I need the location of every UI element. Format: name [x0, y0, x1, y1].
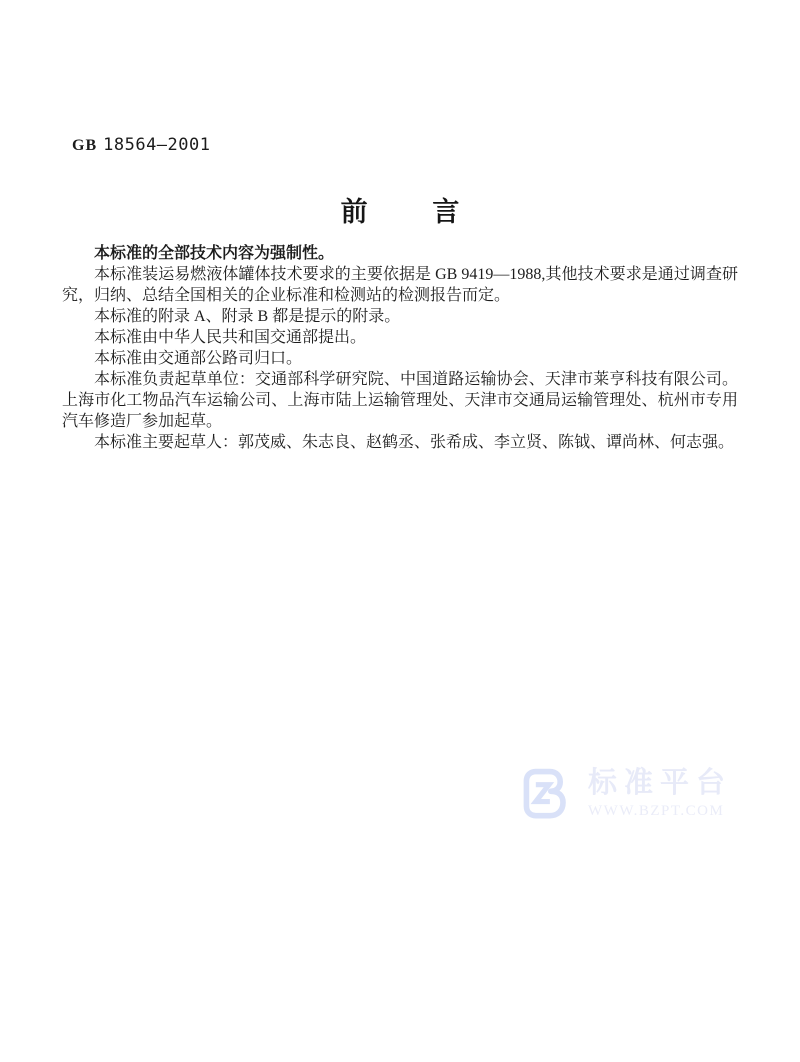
document-page: GB18564—2001 前言 本标准的全部技术内容为强制性。本标准装运易燃液体…: [0, 0, 800, 1062]
watermark-url: WWW.BZPT.COM: [588, 803, 732, 820]
paragraph: 本标准的全部技术内容为强制性。: [62, 243, 738, 264]
paragraph: 本标准装运易燃液体罐体技术要求的主要依据是 GB 9419—1988,其他技术要…: [62, 264, 738, 306]
standard-number: GB18564—2001: [72, 135, 210, 156]
standard-prefix: GB: [72, 137, 97, 154]
paragraph: 本标准主要起草人：郭茂威、朱志良、赵鹤丞、张希成、李立贤、陈钺、谭尚林、何志强。: [62, 432, 738, 453]
standard-code: 18564—2001: [103, 135, 210, 155]
paragraph: 本标准由中华人民共和国交通部提出。: [62, 327, 738, 348]
page-title: 前言: [0, 190, 800, 229]
foreword-paragraphs: 本标准的全部技术内容为强制性。本标准装运易燃液体罐体技术要求的主要依据是 GB …: [62, 243, 738, 453]
paragraph: 本标准由交通部公路司归口。: [62, 348, 738, 369]
watermark-text: 标准平台 WWW.BZPT.COM: [588, 764, 732, 820]
paragraph: 本标准的附录 A、附录 B 都是提示的附录。: [62, 306, 738, 327]
paragraph: 本标准负责起草单位：交通部科学研究院、中国道路运输协会、天津市莱亨科技有限公司。…: [62, 369, 738, 432]
bzpt-logo-icon: [518, 764, 578, 826]
watermark: 标准平台 WWW.BZPT.COM: [518, 764, 732, 826]
watermark-name: 标准平台: [588, 768, 732, 798]
